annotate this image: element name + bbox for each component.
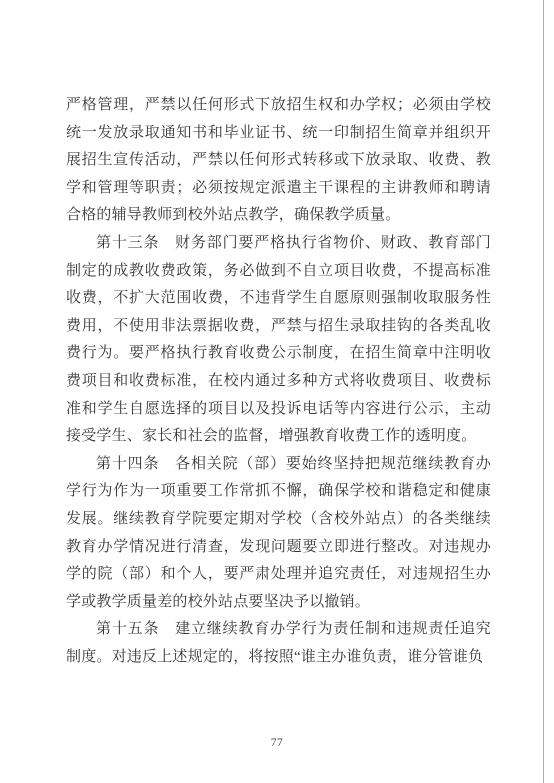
paragraph: 严格管理，严禁以任何形式下放招生权和办学权；必须由学校统一发放录取通知书和毕业证… — [66, 92, 491, 230]
scan-edge-line — [543, 0, 544, 783]
paragraph: 第十三条 财务部门要严格执行省物价、财政、教育部门制定的成教收费政策，务必做到不… — [66, 230, 491, 451]
paragraph: 第十五条 建立继续教育办学行为责任制和违规责任追究制度。对违反上述规定的，将按照… — [66, 616, 491, 671]
page-number: 77 — [0, 737, 554, 749]
paragraph: 第十四条 各相关院（部）要始终坚持把规范继续教育办学行为作为一项重要工作常抓不懈… — [66, 451, 491, 617]
document-page: 严格管理，严禁以任何形式下放招生权和办学权；必须由学校统一发放录取通知书和毕业证… — [0, 0, 554, 783]
body-text: 严格管理，严禁以任何形式下放招生权和办学权；必须由学校统一发放录取通知书和毕业证… — [66, 92, 491, 671]
